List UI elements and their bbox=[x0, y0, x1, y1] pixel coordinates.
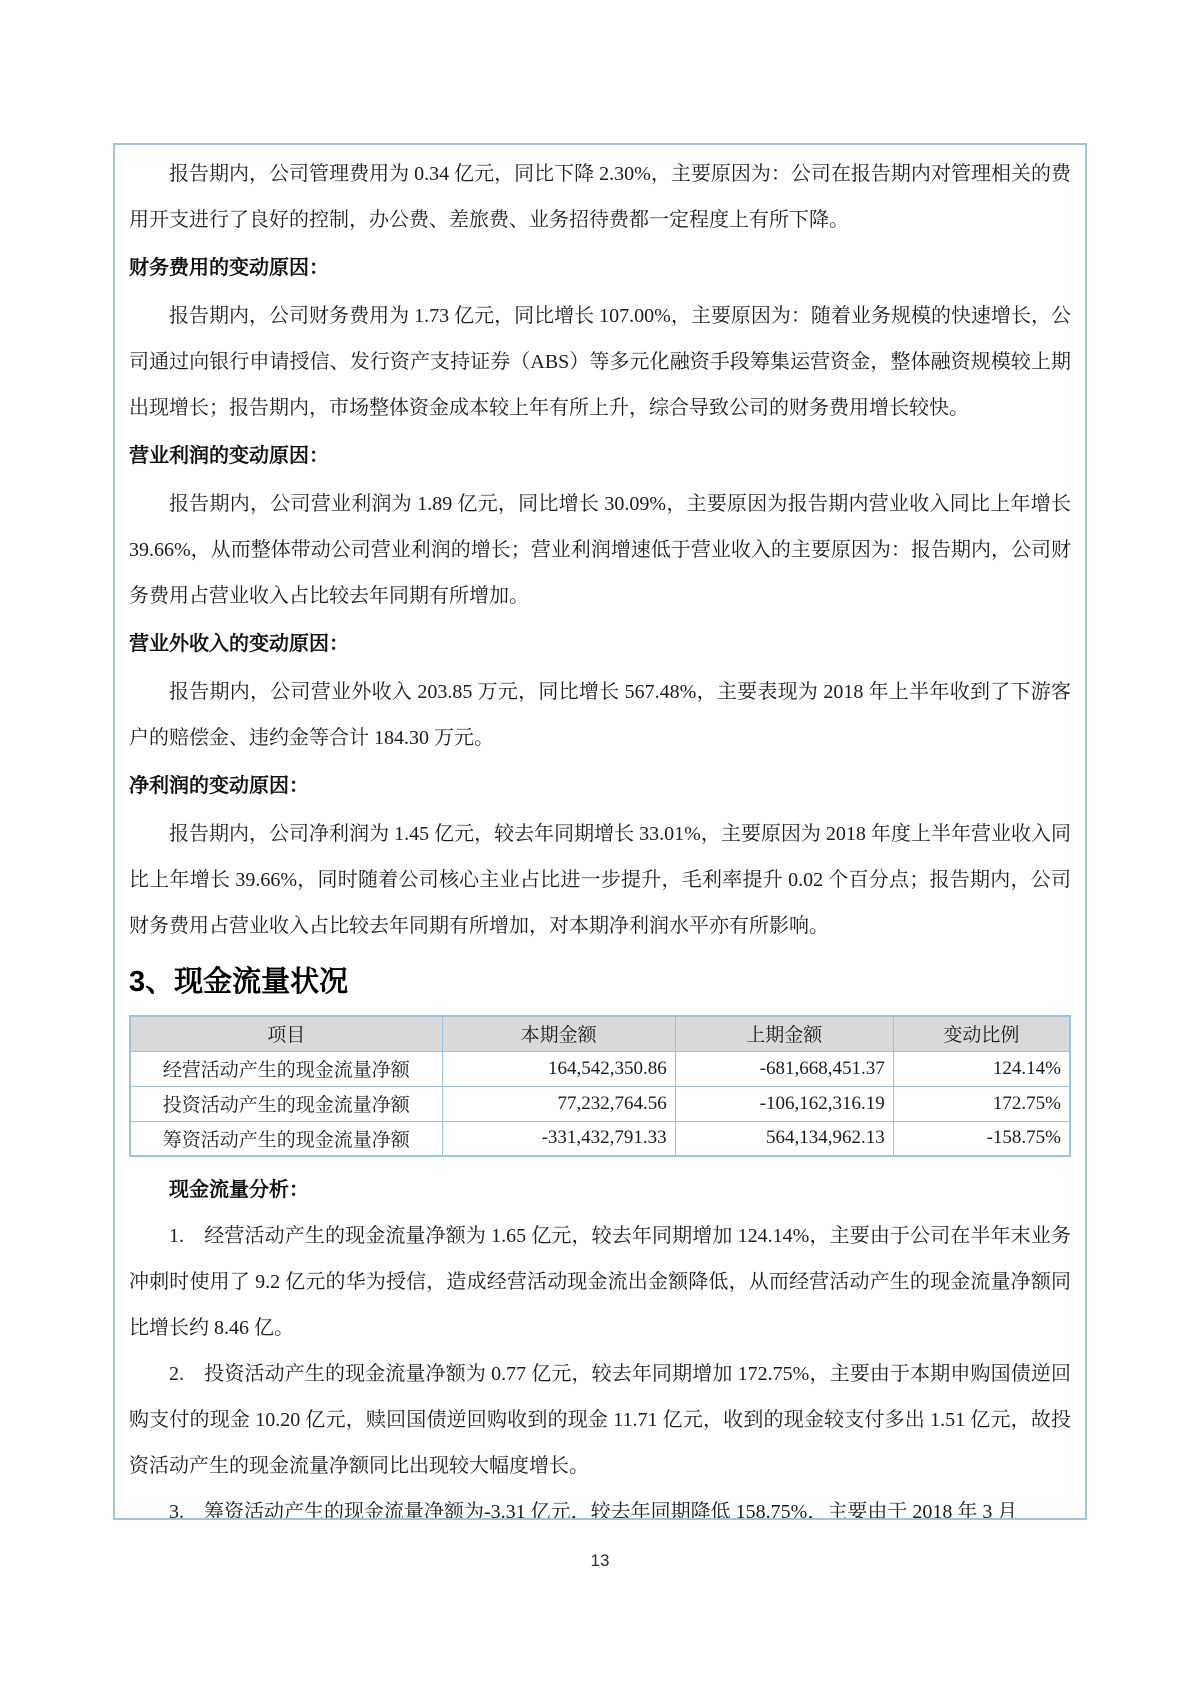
cell-item: 筹资活动产生的现金流量净额 bbox=[130, 1121, 442, 1156]
heading-net-profit: 净利润的变动原因： bbox=[129, 763, 1071, 809]
heading-non-operating-income: 营业外收入的变动原因： bbox=[129, 621, 1071, 667]
cell-item: 投资活动产生的现金流量净额 bbox=[130, 1086, 442, 1121]
table-row: 经营活动产生的现金流量净额 164,542,350.86 -681,668,45… bbox=[130, 1051, 1070, 1086]
header-cell-current: 本期金额 bbox=[442, 1016, 675, 1051]
heading-financial-expense: 财务费用的变动原因： bbox=[129, 245, 1071, 291]
cell-current: -331,432,791.33 bbox=[442, 1121, 675, 1156]
content-frame: 报告期内，公司管理费用为 0.34 亿元，同比下降 2.30%，主要原因为：公司… bbox=[113, 143, 1087, 1520]
paragraph-cash-flow-financing: 3. 筹资活动产生的现金流量净额为-3.31 亿元，较去年同期降低 158.75… bbox=[129, 1489, 1071, 1520]
paragraph-cash-flow-operating: 1. 经营活动产生的现金流量净额为 1.65 亿元，较去年同期增加 124.14… bbox=[129, 1213, 1071, 1351]
header-cell-prior: 上期金额 bbox=[675, 1016, 893, 1051]
heading-operating-profit: 营业利润的变动原因： bbox=[129, 433, 1071, 479]
heading-cash-flow-analysis: 现金流量分析： bbox=[129, 1167, 1071, 1213]
paragraph-cash-flow-investing: 2. 投资活动产生的现金流量净额为 0.77 亿元，较去年同期增加 172.75… bbox=[129, 1351, 1071, 1489]
table-row: 筹资活动产生的现金流量净额 -331,432,791.33 564,134,96… bbox=[130, 1121, 1070, 1156]
cell-prior: 564,134,962.13 bbox=[675, 1121, 893, 1156]
paragraph-net-profit: 报告期内，公司净利润为 1.45 亿元，较去年同期增长 33.01%，主要原因为… bbox=[129, 811, 1071, 949]
cash-flow-table: 项目 本期金额 上期金额 变动比例 经营活动产生的现金流量净额 164,542,… bbox=[129, 1015, 1071, 1157]
cell-current: 77,232,764.56 bbox=[442, 1086, 675, 1121]
cell-current: 164,542,350.86 bbox=[442, 1051, 675, 1086]
header-cell-item: 项目 bbox=[130, 1016, 442, 1051]
paragraph-non-operating-income: 报告期内，公司营业外收入 203.85 万元，同比增长 567.48%，主要表现… bbox=[129, 669, 1071, 761]
section-heading-cash-flow: 3、现金流量状况 bbox=[129, 957, 1071, 1007]
cell-prior: -106,162,316.19 bbox=[675, 1086, 893, 1121]
table-row: 投资活动产生的现金流量净额 77,232,764.56 -106,162,316… bbox=[130, 1086, 1070, 1121]
cell-change: 172.75% bbox=[893, 1086, 1070, 1121]
cell-change: 124.14% bbox=[893, 1051, 1070, 1086]
table-header-row: 项目 本期金额 上期金额 变动比例 bbox=[130, 1016, 1070, 1051]
header-cell-change: 变动比例 bbox=[893, 1016, 1070, 1051]
cell-prior: -681,668,451.37 bbox=[675, 1051, 893, 1086]
paragraph-operating-profit: 报告期内，公司营业利润为 1.89 亿元，同比增长 30.09%，主要原因为报告… bbox=[129, 481, 1071, 619]
cell-item: 经营活动产生的现金流量净额 bbox=[130, 1051, 442, 1086]
paragraph-management-expense: 报告期内，公司管理费用为 0.34 亿元，同比下降 2.30%，主要原因为：公司… bbox=[129, 151, 1071, 243]
cell-change: -158.75% bbox=[893, 1121, 1070, 1156]
paragraph-financial-expense: 报告期内，公司财务费用为 1.73 亿元，同比增长 107.00%，主要原因为：… bbox=[129, 293, 1071, 431]
page-number: 13 bbox=[0, 1551, 1200, 1571]
